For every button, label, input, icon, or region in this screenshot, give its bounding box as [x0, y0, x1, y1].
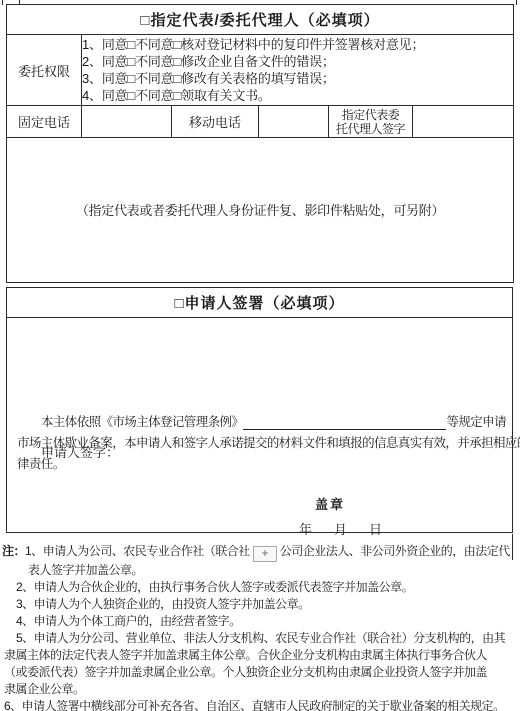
- applicant-sign-label: 申请人签字：: [41, 442, 119, 461]
- authority-option-4[interactable]: 4、同意□不同意□领取有关文书。: [82, 87, 513, 104]
- fixed-phone-field[interactable]: [82, 106, 172, 138]
- note-line-7: 隶属主体的法定代表人签字并加盖隶属主体公章。合伙企业分支机构由隶属主体执行事务合…: [2, 647, 518, 664]
- statement-line1-post: 等规定申请: [446, 412, 506, 433]
- note-line-4: 3、申请人为个人独资企业的，由投资人签字并加盖公章。: [2, 596, 518, 613]
- note-line-9: 隶属企业公章。: [2, 681, 518, 698]
- authority-label: 委托权限: [7, 35, 82, 106]
- note-line-8: （或委派代表）签字并加盖隶属企业公章。个人独资企业分支机构由隶属企业投资人签字并…: [2, 664, 518, 681]
- expand-plus-button[interactable]: +: [253, 546, 277, 562]
- applicant-signature-body: 本主体依照《市场主体登记管理条例》等规定申请 市场主体歇业备案，本申请人和签字人…: [7, 318, 513, 533]
- note-line-1: 注：1、申请人为公司、农民专业合作社（联合社+公司企业法人、非公司外资企业的，由…: [2, 543, 518, 562]
- note-prefix: 注：: [2, 544, 25, 558]
- authority-option-1[interactable]: 1、同意□不同意□核对登记材料中的复印件并签署核对意见；: [82, 36, 513, 53]
- id-copy-paste-note: （指定代表或者委托代理人身份证件复、影印件粘贴处，可另附）: [76, 203, 444, 218]
- authority-option-2[interactable]: 2、同意□不同意□修改企业自备文件的错误；: [82, 53, 513, 70]
- table-row: 委托权限 1、同意□不同意□核对登记材料中的复印件并签署核对意见； 2、同意□不…: [7, 35, 514, 106]
- section-title-applicant: □申请人签署（必填项）: [7, 288, 513, 318]
- note-line-5: 4、申请人为个体工商户的，由经营者签字。: [2, 613, 518, 630]
- date-month-label: 月: [334, 522, 347, 537]
- fixed-phone-label: 固定电话: [7, 106, 82, 138]
- date-year-label: 年: [299, 522, 312, 537]
- applicant-signature-table: □申请人签署（必填项） 本主体依照《市场主体登记管理条例》等规定申请 市场主体歇…: [6, 287, 513, 533]
- table-row: 固定电话 移动电话 指定代表委 托代理人签字: [7, 106, 514, 138]
- mobile-phone-field[interactable]: [259, 106, 329, 138]
- section-checkbox-icon[interactable]: □: [174, 295, 184, 312]
- note-1-post: 公司企业法人、非公司外资企业的，由法定代: [280, 544, 510, 558]
- date-day-label: 日: [369, 522, 382, 537]
- seal-label: 盖章: [315, 494, 345, 513]
- regulation-blank-field[interactable]: [243, 429, 446, 430]
- date-line: 年月日: [299, 519, 382, 538]
- statement-line-1: 本主体依照《市场主体登记管理条例》等规定申请: [17, 412, 506, 433]
- top-border-remnant-left: [2, 0, 3, 5]
- agent-signature-label: 指定代表委 托代理人签字: [329, 106, 413, 138]
- business-hiatus-filing-form-page: □指定代表/委托代理人（必填项） 委托权限 1、同意□不同意□核对登记材料中的复…: [0, 0, 520, 711]
- table-row: □指定代表/委托代理人（必填项）: [7, 5, 514, 35]
- section-title-text: 申请人签署（必填项）: [185, 295, 345, 312]
- authority-option-3[interactable]: 3、同意□不同意□修改有关表格的填写错误；: [82, 70, 513, 87]
- table-row: □申请人签署（必填项）: [7, 288, 513, 318]
- section-checkbox-icon[interactable]: □: [140, 12, 150, 29]
- top-border-remnant-right: [516, 0, 517, 5]
- id-copy-paste-area[interactable]: （指定代表或者委托代理人身份证件复、影印件粘贴处，可另附）: [7, 138, 514, 283]
- agent-signature-label-line1: 指定代表委: [329, 108, 412, 122]
- section-title-text: 指定代表/委托代理人（必填项）: [150, 12, 379, 29]
- designated-representative-table: □指定代表/委托代理人（必填项） 委托权限 1、同意□不同意□核对登记材料中的复…: [6, 4, 514, 283]
- authority-options-cell: 1、同意□不同意□核对登记材料中的复印件并签署核对意见； 2、同意□不同意□修改…: [82, 35, 514, 106]
- section-title-representative: □指定代表/委托代理人（必填项）: [7, 5, 514, 35]
- note-line-10: 6、申请人签署中横线部分可补充各省、自治区、直辖市人民政府制定的关于歇业备案的相…: [2, 698, 518, 711]
- note-line-6: 5、申请人为分公司、营业单位、非法人分支机构、农民专业合作社（联合社）分支机构的…: [2, 630, 518, 647]
- table-row: 本主体依照《市场主体登记管理条例》等规定申请 市场主体歇业备案，本申请人和签字人…: [7, 318, 513, 533]
- table-row: （指定代表或者委托代理人身份证件复、影印件粘贴处，可另附）: [7, 138, 514, 283]
- statement-line1-pre: 本主体依照《市场主体登记管理条例》: [41, 412, 243, 433]
- mobile-phone-label: 移动电话: [172, 106, 259, 138]
- note-1-pre: 1、申请人为公司、农民专业合作社（联合社: [25, 544, 250, 558]
- agent-signature-field[interactable]: [413, 106, 514, 138]
- footnotes: 注：1、申请人为公司、农民专业合作社（联合社+公司企业法人、非公司外资企业的，由…: [2, 543, 518, 711]
- note-line-3: 2、申请人为合伙企业的，由执行事务合伙人签字或委派代表签字并加盖公章。: [2, 579, 518, 596]
- agent-signature-label-line2: 托代理人签字: [329, 122, 412, 136]
- note-line-2: 表人签字并加盖公章。: [2, 562, 518, 579]
